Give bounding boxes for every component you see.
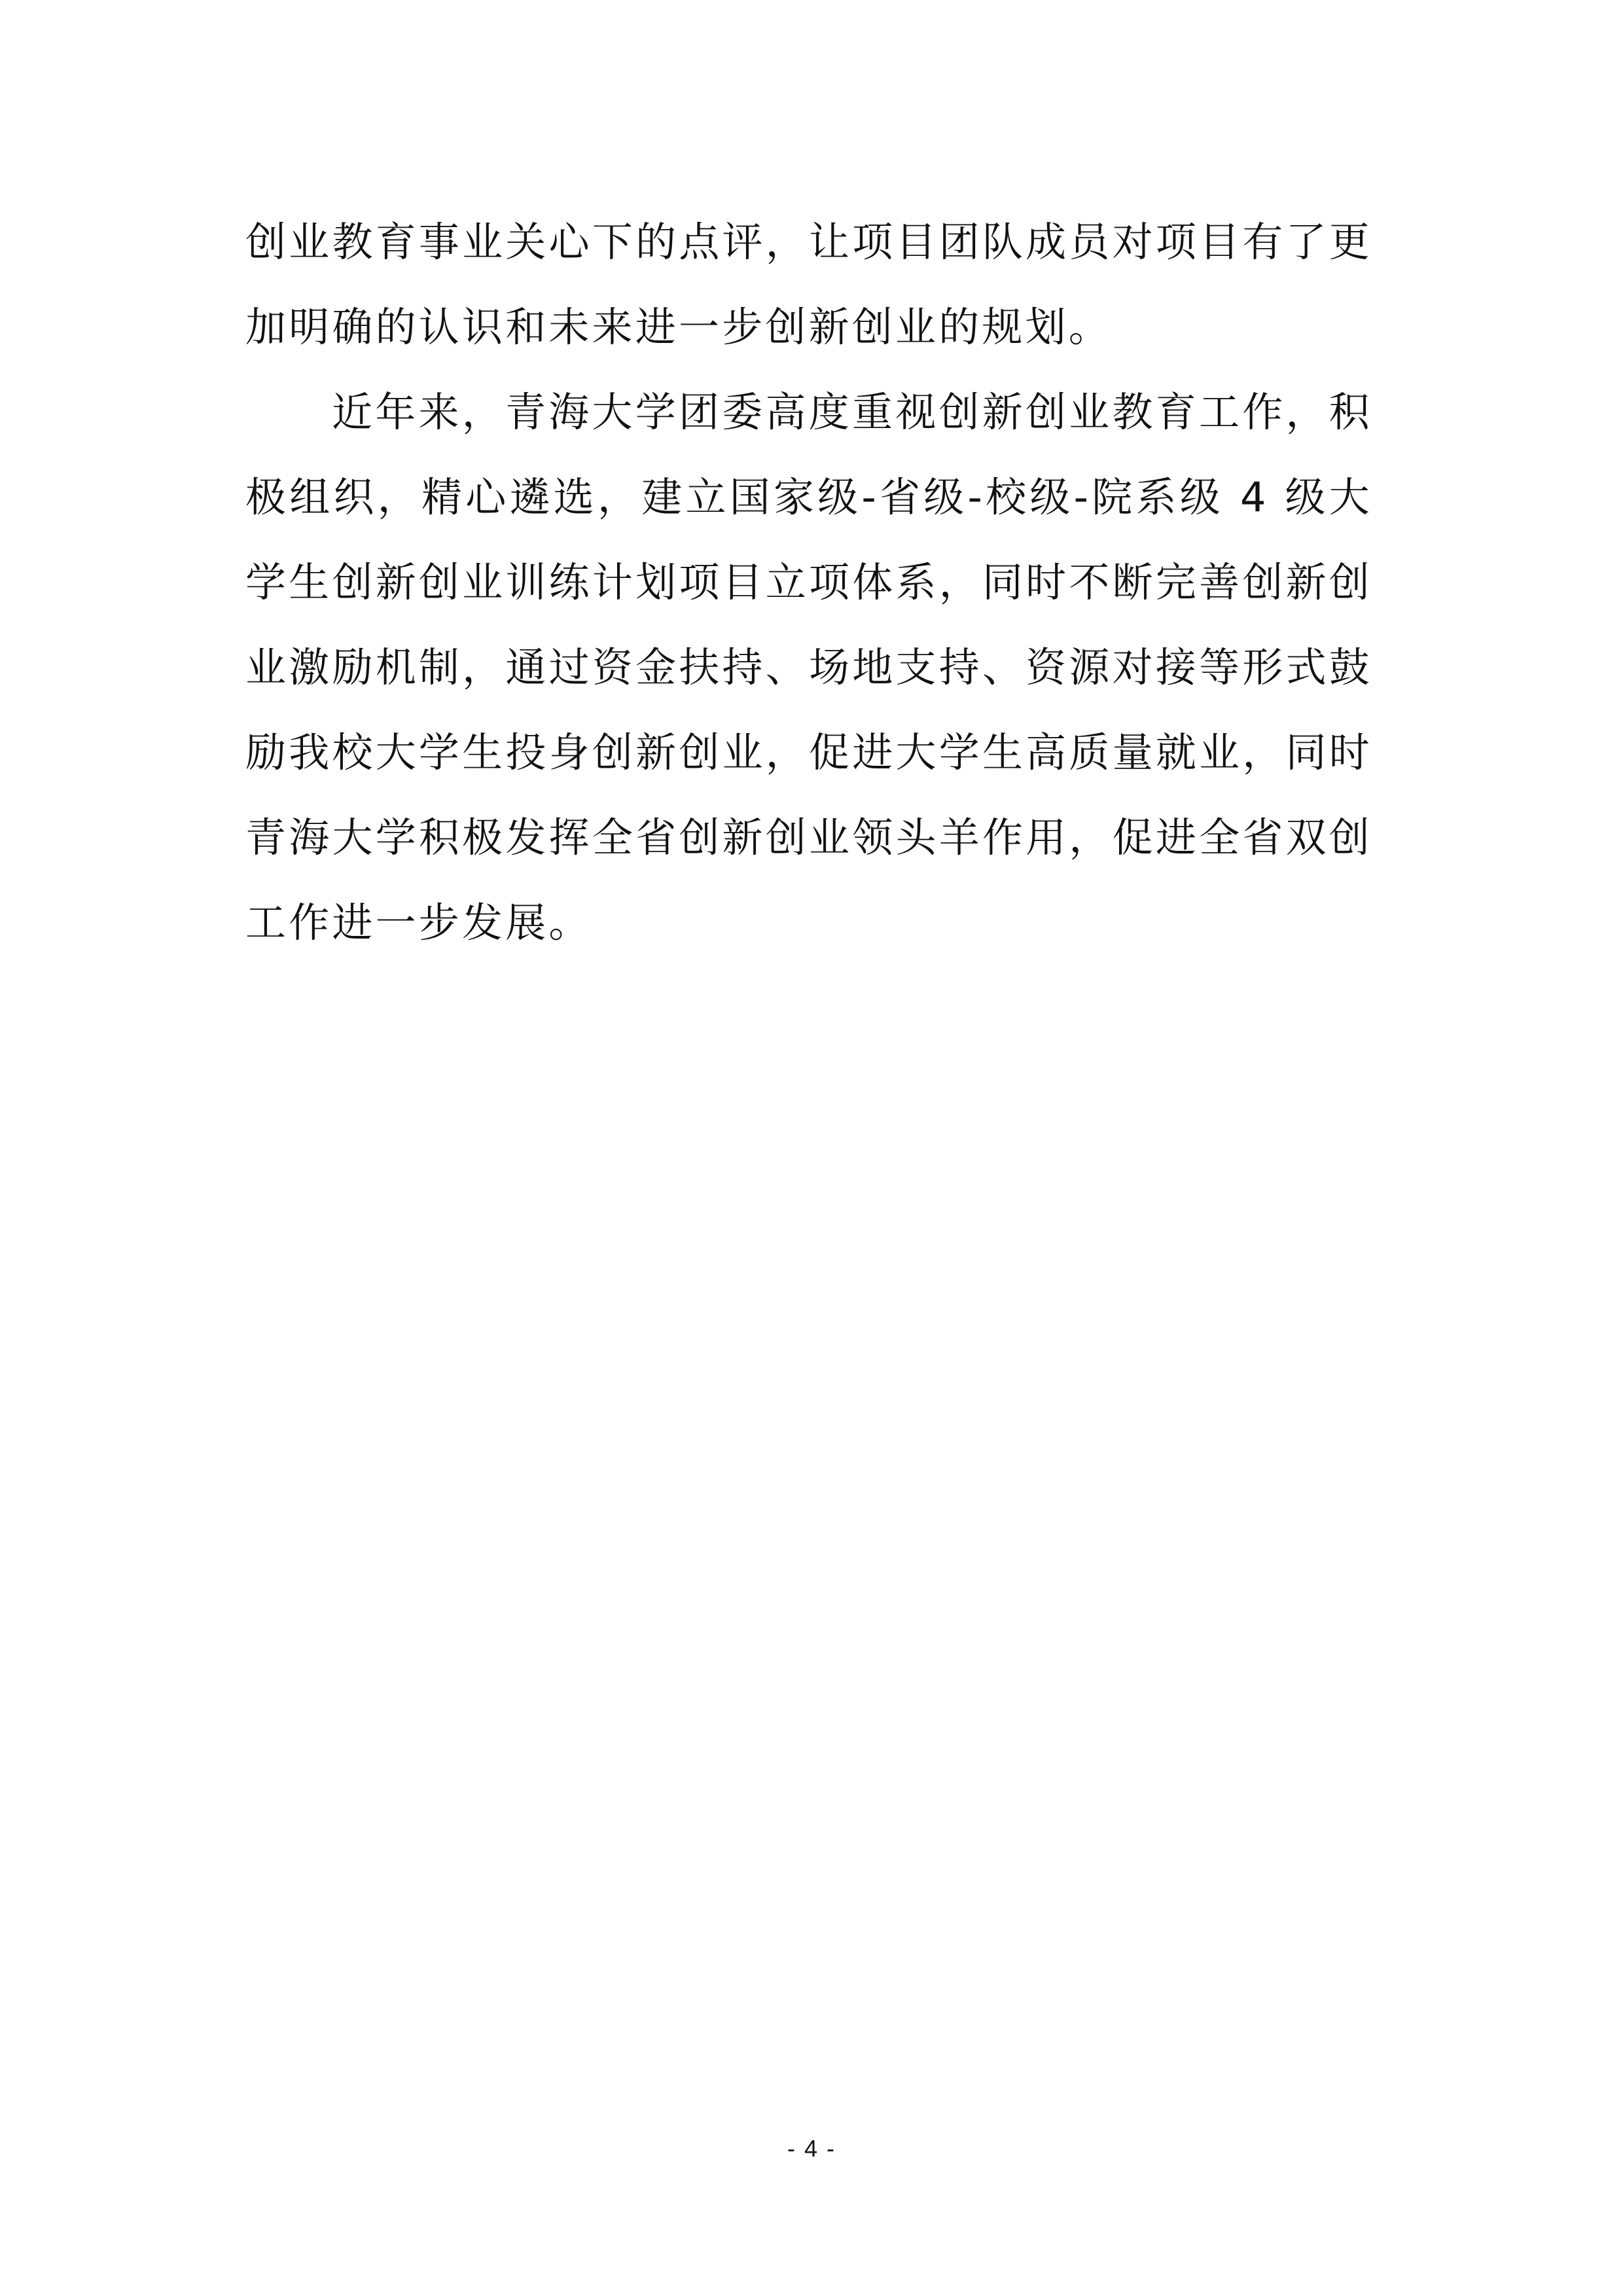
text-line: 励我校大学生投身创新创业，促进大学生高质量就业，同时 bbox=[245, 710, 1372, 795]
text-line: 极组织，精心遴选，建立国家级-省级-校级-院系级 4 级大 bbox=[245, 455, 1372, 540]
text-line-indented: 近年来，青海大学团委高度重视创新创业教育工作，积 bbox=[245, 370, 1372, 455]
page-number: - 4 - bbox=[0, 2135, 1623, 2162]
text-line: 加明确的认识和未来进一步创新创业的规划。 bbox=[245, 285, 1372, 370]
text-line: 青海大学积极发挥全省创新创业领头羊作用，促进全省双创 bbox=[245, 795, 1372, 880]
text-line: 业激励机制，通过资金扶持、场地支持、资源对接等形式鼓 bbox=[245, 625, 1372, 710]
body-text: 创业教育事业关心下的点评，让项目团队成员对项目有了更 加明确的认识和未来进一步创… bbox=[245, 200, 1372, 965]
document-page: 创业教育事业关心下的点评，让项目团队成员对项目有了更 加明确的认识和未来进一步创… bbox=[0, 0, 1623, 2296]
text-line: 创业教育事业关心下的点评，让项目团队成员对项目有了更 bbox=[245, 200, 1372, 285]
paragraph-2: 近年来，青海大学团委高度重视创新创业教育工作，积 极组织，精心遴选，建立国家级-… bbox=[245, 370, 1372, 965]
paragraph-1: 创业教育事业关心下的点评，让项目团队成员对项目有了更 加明确的认识和未来进一步创… bbox=[245, 200, 1372, 370]
text-line: 工作进一步发展。 bbox=[245, 880, 1372, 965]
text-line: 学生创新创业训练计划项目立项体系，同时不断完善创新创 bbox=[245, 540, 1372, 625]
